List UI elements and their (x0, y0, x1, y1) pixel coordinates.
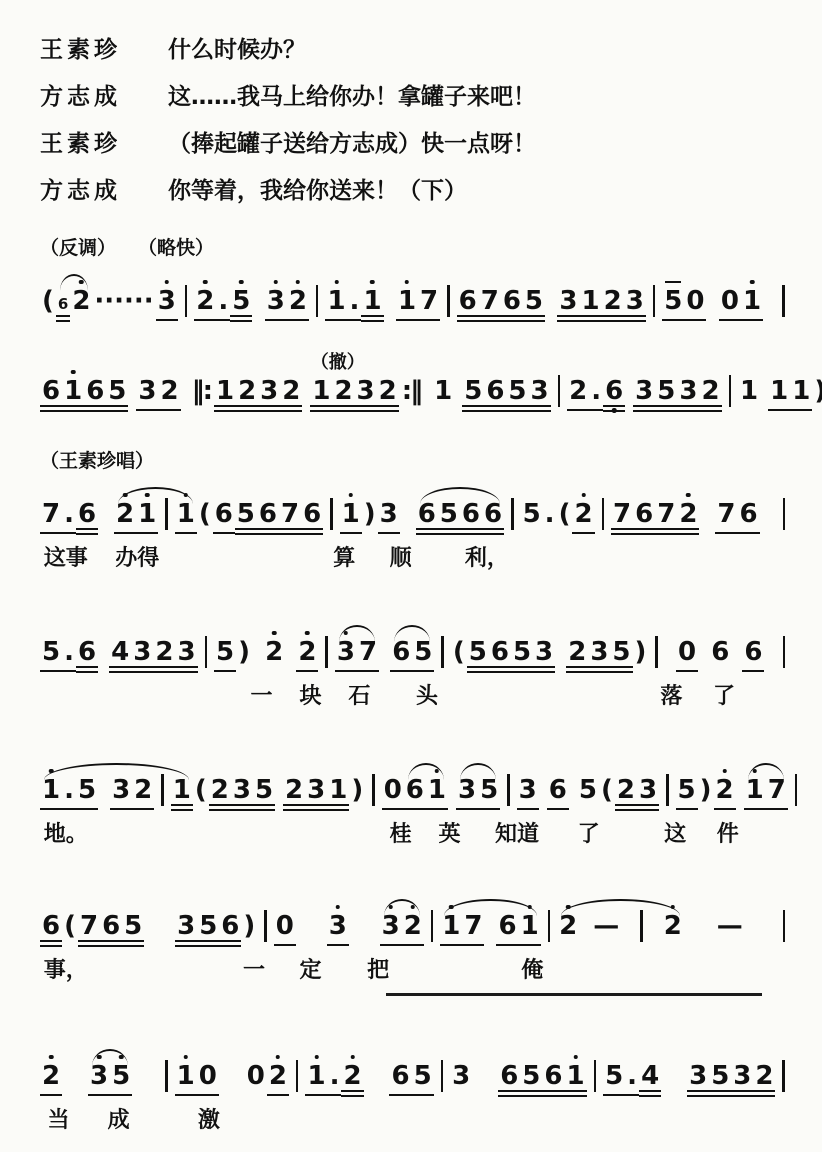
note-glyph: 2 (559, 913, 577, 939)
octave-dot-above (71, 370, 76, 375)
note-glyph: 2 (664, 913, 682, 939)
note-glyph: 1 (177, 501, 195, 527)
lyric-syllable: 石 (348, 679, 370, 710)
note: 3 (637, 765, 659, 811)
note: 1 (738, 366, 760, 409)
note: 3 (265, 276, 287, 321)
spacer (128, 398, 136, 399)
note: 6 (213, 489, 235, 534)
dialogue-row: 方志成你等着，我给你送来！（下） (40, 177, 792, 207)
note: ( (557, 489, 573, 532)
note-glyph: 2 (42, 1063, 60, 1089)
note: 5 (412, 1051, 434, 1096)
octave-dot-above (184, 493, 189, 498)
barline (325, 636, 328, 668)
slur-group: 37 (335, 627, 379, 672)
octave-dot-above (119, 1055, 124, 1060)
note: 0 (274, 901, 296, 946)
slur-group: 211 (114, 489, 197, 534)
lyric-syllable: 成 (108, 1103, 130, 1134)
barline (316, 285, 319, 317)
note-glyph: 5 (711, 1063, 729, 1089)
notation-line: 5.643235)223765(5653235)066 (40, 613, 792, 673)
note-glyph: 5 (78, 777, 96, 803)
note: 3 (687, 1051, 709, 1097)
spacer (731, 659, 742, 660)
note-glyph: 1 (307, 1063, 325, 1089)
note-glyph: 1 (582, 288, 600, 314)
note-glyph: 6 (503, 288, 521, 314)
note-glyph: 6 (78, 639, 96, 665)
note: 3 (456, 765, 478, 810)
note-glyph: 6 (744, 639, 762, 665)
note-glyph: . (330, 1063, 340, 1089)
note-glyph: 6 (42, 913, 60, 939)
note: 5 (506, 366, 528, 412)
spacer (98, 797, 110, 798)
slur-group: 35 (456, 765, 500, 810)
note-glyph: 5 (513, 639, 531, 665)
lyric-syllable: 俺 (521, 953, 543, 984)
spacer (132, 1083, 158, 1084)
note: 6 (542, 1051, 564, 1097)
note: 7 (462, 901, 484, 946)
note-glyph: . (627, 1063, 637, 1089)
note: 7 (40, 489, 62, 534)
note: 6 (709, 627, 731, 670)
note: 2 (332, 366, 354, 412)
note: 1 (340, 489, 362, 534)
note: 4 (109, 627, 131, 673)
octave-dot-above (79, 280, 84, 285)
lyric-syllable: 利， (465, 541, 509, 572)
octave-dot-above (334, 280, 339, 285)
note-glyph: ( (601, 777, 613, 803)
note-glyph: 2 (116, 501, 134, 527)
spacer (625, 398, 633, 399)
barline (782, 1060, 785, 1092)
note: 0 (676, 627, 698, 672)
note-glyph: 3 (382, 913, 400, 939)
spacer (364, 1083, 390, 1084)
note: 2 (714, 765, 736, 810)
note: 5 (603, 1051, 625, 1096)
note-glyph: 1 (442, 913, 460, 939)
note: 6 (737, 489, 759, 534)
note: 2 (70, 276, 92, 319)
octave-dot-above (203, 280, 208, 285)
note-glyph: 3 (535, 639, 553, 665)
note-glyph: ( (559, 501, 571, 527)
octave-dot-above (274, 280, 279, 285)
note: 1 (214, 366, 236, 412)
note-glyph: 7 (420, 288, 438, 314)
note-glyph: 3 (626, 288, 644, 314)
spacer (684, 933, 715, 934)
lyric-syllable: 把 (367, 953, 389, 984)
note-glyph: 5 (525, 288, 543, 314)
note-glyph: 5 (237, 501, 255, 527)
spacer (144, 933, 175, 934)
note: 3 (231, 765, 253, 811)
duration-dash: — (715, 901, 745, 944)
note: 6 (457, 276, 479, 322)
note-glyph: 6 (86, 378, 104, 404)
note-glyph: ) (635, 639, 647, 665)
spacer (62, 1083, 88, 1084)
note: 6 (482, 489, 504, 535)
note-glyph: 1 (138, 501, 156, 527)
note-glyph: 5 (469, 639, 487, 665)
note-glyph: 2 (334, 378, 352, 404)
note: ) (349, 765, 365, 808)
note-glyph: 6 (462, 501, 480, 527)
note: 1 (564, 1051, 586, 1097)
barline (666, 774, 669, 806)
note-glyph: 6 (711, 639, 729, 665)
note: 2 (158, 366, 180, 411)
note: 0 (245, 1051, 267, 1094)
note: 1 (171, 765, 193, 811)
octave-dot-above (449, 905, 454, 910)
note: 2 (572, 489, 594, 534)
note: 6 (301, 489, 323, 535)
dialogue-row: 方志成这……我马上给你办！拿罐子来吧！ (40, 83, 792, 113)
note: 2 (296, 627, 318, 672)
barline (165, 1060, 168, 1092)
note: 7 (357, 627, 379, 672)
note: . (589, 366, 603, 411)
note: 1 (519, 901, 541, 946)
note-glyph: 5 (508, 378, 526, 404)
note: 6 (257, 489, 279, 535)
lyric-syllable: 激 (198, 1103, 220, 1134)
repeat-start-barline: ‖: (192, 376, 211, 406)
note-glyph: 5 (232, 288, 250, 314)
note: 1 (440, 901, 462, 946)
notation-line: 1.5321(235231)06135365(235)217 (40, 751, 792, 811)
note-glyph: 2 (289, 288, 307, 314)
note-glyph: . (64, 777, 74, 803)
note: 3 (450, 1051, 472, 1094)
note-glyph: 5 (678, 777, 696, 803)
note-glyph: 6 (500, 1063, 518, 1089)
spacer (275, 797, 283, 798)
barline (507, 774, 510, 806)
note-glyph: 1 (327, 288, 345, 314)
note: 0 (197, 1051, 219, 1096)
octave-dot-above (573, 1055, 578, 1060)
note-glyph: 7 (481, 288, 499, 314)
note-glyph: 1 (428, 777, 446, 803)
note-glyph: 1 (363, 288, 381, 314)
note-glyph: 7 (768, 777, 786, 803)
slur-group: 61 (404, 765, 448, 810)
note-glyph: 7 (717, 501, 735, 527)
tempo-mode-label-row: （王素珍唱） (40, 446, 792, 473)
note-glyph: 5 (42, 639, 60, 665)
slur-group: 6566 (416, 489, 504, 535)
note: ) (241, 901, 257, 944)
note-glyph: 1 (329, 777, 347, 803)
note-glyph: 1 (792, 378, 810, 404)
octave-dot-above (411, 905, 416, 910)
note: 1 (40, 765, 62, 810)
octave-dot-above (750, 280, 755, 285)
note-glyph: 1 (398, 288, 416, 314)
note: 5 (253, 765, 275, 811)
note-glyph: 3 (329, 913, 347, 939)
notation-line: 616532‖:12321232:‖156532.63532111) (40, 352, 792, 412)
note-glyph: 0 (247, 1063, 265, 1089)
note-glyph: 7 (42, 501, 60, 527)
note-glyph: 5 (522, 1063, 540, 1089)
lyric-syllable: 定 (299, 953, 321, 984)
note-glyph: 6 (391, 1063, 409, 1089)
note: 6 (219, 901, 241, 947)
note-glyph: 5 (664, 288, 682, 314)
barline (653, 285, 656, 317)
barline (558, 375, 561, 407)
note: 6 (404, 765, 426, 810)
slur-group: 1761 (440, 901, 540, 946)
note: . (328, 1051, 342, 1096)
note: 5 (412, 627, 434, 672)
note-glyph: 1 (216, 378, 234, 404)
note-glyph: 0 (721, 288, 739, 314)
note-glyph: 3 (531, 378, 549, 404)
note-glyph: 3 (158, 288, 176, 314)
note: . (62, 489, 76, 534)
spacer (539, 797, 547, 798)
note-glyph: 6 (739, 501, 757, 527)
tempo-mode-label: （略快） (138, 233, 214, 260)
note: 2 (557, 901, 579, 944)
note: 5 (197, 901, 219, 947)
note: 7 (479, 276, 501, 322)
slur-group: 65 (390, 627, 434, 672)
note-glyph: 2 (160, 378, 178, 404)
note-glyph: 5 (605, 1063, 623, 1089)
spacer (569, 797, 577, 798)
note-glyph: 2 (404, 913, 422, 939)
octave-dot-above (671, 905, 676, 910)
note-glyph: 2 (343, 1063, 361, 1089)
lyric-syllable: 英 (439, 817, 461, 848)
note: 3 (175, 627, 197, 673)
barline (441, 1060, 444, 1092)
lyric-syllable: 办得 (115, 541, 159, 572)
note: 3 (131, 627, 153, 673)
note: 3 (175, 901, 197, 947)
note: ) (236, 627, 252, 670)
note: 1 (426, 765, 448, 810)
note-glyph: 5 (523, 501, 541, 527)
note-glyph: 0 (678, 639, 696, 665)
note-glyph: 1 (743, 288, 761, 314)
note-glyph: 1 (42, 777, 60, 803)
note-glyph: 3 (458, 777, 476, 803)
note: 7 (766, 765, 788, 810)
note: 3 (380, 901, 402, 946)
note: 1 (744, 765, 766, 810)
spacer (472, 1083, 498, 1084)
note: 6 (76, 489, 98, 535)
note: 3 (156, 276, 178, 321)
note: 6 (633, 489, 655, 535)
note-glyph: 2 (617, 777, 635, 803)
note: 3 (305, 765, 327, 811)
note: 3 (533, 627, 555, 673)
note-glyph: 1 (342, 501, 360, 527)
note-glyph: 6 (498, 913, 516, 939)
dialogue-section: 王素珍什么时候办？方志成这……我马上给你办！拿罐子来吧！王素珍（捧起罐子送给方志… (40, 36, 792, 207)
note: 3 (529, 366, 551, 412)
note: 5 (610, 627, 632, 673)
note: 7 (418, 276, 440, 321)
note-glyph: 5 (112, 1063, 130, 1089)
note-glyph: 5 (440, 501, 458, 527)
lyrics-row: 事，一定把俺 (40, 947, 792, 985)
note: 5 (122, 901, 144, 947)
note: 2 (615, 765, 637, 811)
note: 2 (280, 366, 302, 412)
note: 6 (40, 366, 62, 412)
barline (729, 375, 732, 407)
note: 1 (62, 366, 84, 412)
note: 3 (633, 366, 655, 412)
spacer (252, 308, 264, 309)
note-glyph: 6 (78, 501, 96, 527)
spacer (424, 398, 432, 399)
note-glyph: 3 (519, 777, 537, 803)
note: 1 (580, 276, 602, 322)
note-glyph: 1 (312, 378, 330, 404)
spacer (98, 521, 114, 522)
note-glyph: 3 (590, 639, 608, 665)
note: 3 (588, 627, 610, 673)
note: 6 (416, 489, 438, 535)
note-glyph: . (218, 288, 228, 314)
note: 7 (78, 901, 100, 947)
note-glyph: 1 (746, 777, 764, 803)
note: 2 (194, 276, 216, 321)
octave-dot-above (296, 280, 301, 285)
spacer (736, 797, 744, 798)
speaker-name: 方志成 (40, 83, 140, 113)
note-glyph: 5 (216, 639, 234, 665)
spacer (555, 659, 566, 660)
slur-group: 32 (380, 901, 424, 946)
note: 5 (230, 276, 252, 322)
note-glyph: 0 (686, 288, 704, 314)
note: ( (197, 489, 213, 532)
notation-line: (62······32.5321.117676531235001 (40, 262, 792, 322)
note-glyph: 3 (267, 288, 285, 314)
lyric-syllable: 顺 (390, 541, 412, 572)
note-glyph: 7 (359, 639, 377, 665)
note: ( (40, 276, 56, 319)
music-system: 5.643235)223765(5653235)066一块石头落了 (40, 613, 792, 711)
spacer (454, 398, 462, 399)
note: 1 (325, 276, 347, 321)
note-glyph: 3 (733, 1063, 751, 1089)
note-glyph: . (545, 501, 555, 527)
lyrics-row: 当成激 (40, 1097, 792, 1135)
note-glyph: . (350, 288, 360, 314)
note-glyph: 3 (177, 913, 195, 939)
note: 5 (662, 276, 684, 321)
overline-mark (665, 281, 681, 283)
lyric-syllable: 这事 (44, 541, 88, 572)
octave-dot-above (164, 280, 169, 285)
spacer (621, 933, 633, 934)
tempo-mode-label-row: （反调）（略快） (40, 233, 792, 260)
note: 6 (460, 489, 482, 535)
note-glyph: . (591, 378, 601, 404)
note: 7 (715, 489, 737, 534)
note: 5 (709, 1051, 731, 1097)
lyrics-row: 这事办得算顺利， (40, 535, 792, 573)
note-glyph: 1 (64, 378, 82, 404)
note: 6 (501, 276, 523, 322)
note-glyph: 5 (414, 639, 432, 665)
note: 6 (100, 901, 122, 947)
lyrics-row: 一块石头落了 (40, 673, 792, 711)
note-glyph: ) (814, 378, 822, 404)
note: 5 (467, 627, 489, 673)
spacer (545, 308, 557, 309)
octave-dot-above (348, 493, 353, 498)
note-glyph: ( (64, 913, 76, 939)
spacer (181, 398, 189, 399)
spacer (760, 521, 776, 522)
note-glyph: 3 (307, 777, 325, 803)
note: 6 (390, 627, 412, 672)
note: 1 (175, 489, 197, 534)
note-glyph: 5 (124, 913, 142, 939)
spacer (484, 933, 496, 934)
note: 0 (684, 276, 706, 321)
spacer (650, 933, 662, 934)
octave-dot-above (527, 905, 532, 910)
notation-line: 7.6211(656761)365665.(2767276 (40, 475, 792, 535)
lyric-syllable: 件 (717, 817, 739, 848)
note: 4 (639, 1051, 661, 1097)
note-glyph: 2 (196, 288, 214, 314)
note: 1 (327, 765, 349, 811)
note: . (216, 276, 230, 321)
grace-note: 6 (56, 276, 70, 322)
note-glyph: 6 (406, 777, 424, 803)
spacer (698, 659, 709, 660)
octave-dot-above (350, 1055, 355, 1060)
note-glyph: 3 (679, 378, 697, 404)
barline (783, 498, 786, 530)
slur-group: 35 (88, 1051, 132, 1096)
spacer (764, 659, 775, 660)
note: 5 (511, 627, 533, 673)
lyric-syllable: 了 (713, 679, 735, 710)
music-system: （撤）616532‖:12321232:‖156532.63532111) (40, 352, 792, 412)
note-glyph: 2 (134, 777, 152, 803)
slur-group: 17 (744, 765, 788, 810)
speaker-name: 方志成 (40, 177, 140, 207)
dash-glyph: — (717, 913, 743, 939)
note-glyph: 7 (464, 913, 482, 939)
note: 3 (136, 366, 158, 411)
spacer (219, 1083, 245, 1084)
